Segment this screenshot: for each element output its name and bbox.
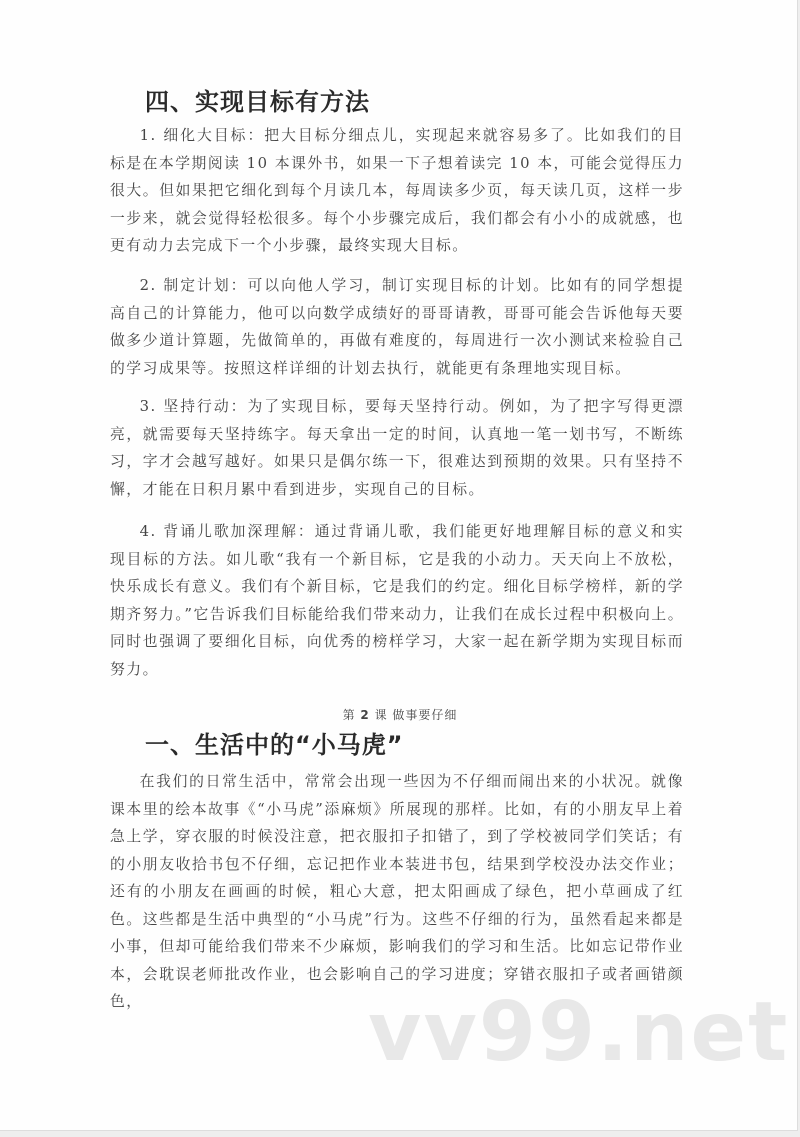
paragraph-persist-action: 3. 坚持行动：为了实现目标，要每天坚持行动。例如，为了把字写得更漂亮，就需要每… — [110, 393, 684, 503]
section-heading-methods: 四、实现目标有方法 — [145, 82, 370, 117]
section-heading-careless: 一、生活中的“小马虎” — [145, 725, 404, 760]
lesson-header: 第 2 课 做事要仔细 — [0, 706, 800, 723]
lesson-number: 2 — [360, 708, 369, 722]
lesson-title: 课 做事要仔细 — [375, 708, 458, 722]
paragraph-refine-goal: 1. 细化大目标：把大目标分细点儿，实现起来就容易多了。比如我们的目标是在本学期… — [110, 122, 684, 260]
lesson-prefix: 第 — [343, 708, 356, 722]
paragraph-recite-rhyme: 4. 背诵儿歌加深理解：通过背诵儿歌，我们能更好地理解目标的意义和实现目标的方法… — [110, 518, 684, 683]
paragraph-daily-life: 在我们的日常生活中，常常会出现一些因为不仔细而闹出来的小状况。就像课本里的绘本故… — [110, 768, 684, 1016]
document-page: 四、实现目标有方法 1. 细化大目标：把大目标分细点儿，实现起来就容易多了。比如… — [0, 0, 798, 1131]
paragraph-make-plan: 2. 制定计划：可以向他人学习，制订实现目标的计划。比如有的同学想提高自己的计算… — [110, 272, 684, 382]
